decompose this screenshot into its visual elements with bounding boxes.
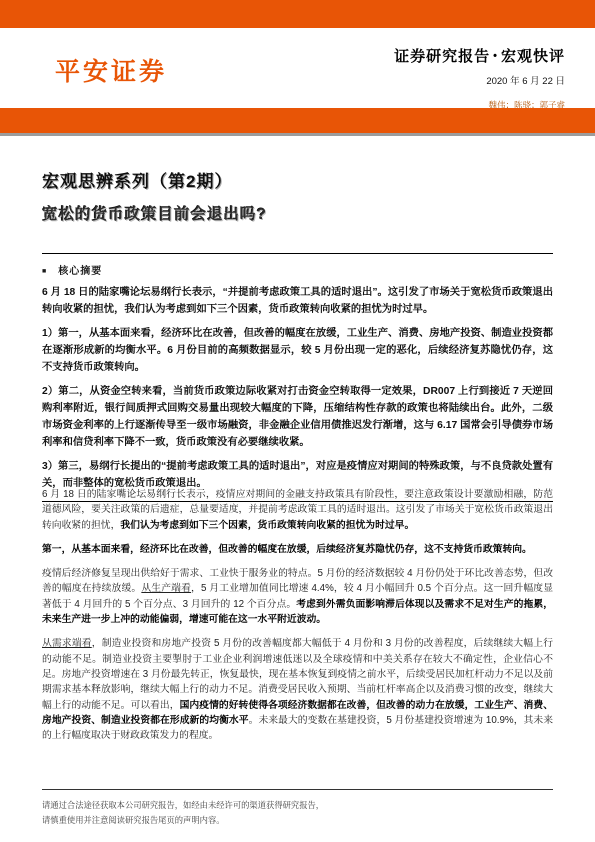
dot-separator-icon: •	[490, 50, 501, 62]
body-paragraph-intro: 6 月 18 日的陆家嘴论坛易纲行长表示，疫情应对期间的金融支持政策具有阶段性，…	[42, 487, 553, 533]
report-header: 证券研究报告•宏观快评 2020 年 6 月 22 日 魏伟；陈骁；郭子睿	[394, 45, 565, 111]
series-title: 宏观思辨系列（第2期）	[42, 167, 553, 192]
report-type-line: 证券研究报告•宏观快评	[394, 45, 565, 66]
square-bullet-icon: ■	[42, 268, 47, 275]
body-subheading-first: 第一，从基本面来看，经济环比在改善，但改善的幅度在放缓，后续经济复苏隐忧仍存，这…	[42, 542, 553, 557]
footer-line-1: 请通过合法途径获取本公司研究报告，如经由未经许可的渠道获得研究报告，	[42, 798, 553, 813]
body-paragraph-production: 疫情后经济修复呈现出供给好于需求、工业快于服务业的特点。5 月份的经济数据较 4…	[42, 566, 553, 627]
body-underline-run: 从需求端看	[42, 638, 92, 649]
report-page: 平安证券 证券研究报告•宏观快评 2020 年 6 月 22 日 魏伟；陈骁；郭…	[0, 0, 595, 842]
report-body: 6 月 18 日的陆家嘴论坛易纲行长表示，疫情应对期间的金融支持政策具有阶段性，…	[42, 487, 553, 752]
body-bold-run: 我们认为考虑到如下三个因素，货币政策转向收紧的担忧为时过早。	[120, 520, 414, 531]
footer-line-2: 请慎重使用并注意阅读研究报告尾页的声明内容。	[42, 813, 553, 828]
summary-heading-label: 核心摘要	[58, 266, 102, 277]
top-accent-bar	[0, 0, 595, 28]
core-summary-box: ■核心摘要 6 月 18 日的陆家嘴论坛易纲行长表示，“并提前考虑政策工具的适时…	[42, 253, 553, 502]
body-paragraph-demand: 从需求端看，制造业投资和房地产投资 5 月份的改善幅度都大幅低于 4 月份和 3…	[42, 636, 553, 743]
summary-point-2: 2）第二，从资金空转来看，当前货币政策边际收紧对打击资金空转取得一定效果，DR0…	[42, 383, 553, 451]
page-title: 宽松的货币政策目前会退出吗?	[42, 202, 553, 224]
header-divider-bar	[0, 108, 595, 136]
report-date: 2020 年 6 月 22 日	[394, 73, 565, 87]
pingan-logo: 平安证券	[55, 52, 167, 88]
summary-lead: 6 月 18 日的陆家嘴论坛易纲行长表示，“并提前考虑政策工具的适时退出”。这引…	[42, 284, 553, 318]
report-category-label: 宏观快评	[501, 48, 565, 65]
title-block: 宏观思辨系列（第2期） 宽松的货币政策目前会退出吗?	[42, 167, 553, 224]
summary-point-1: 1）第一，从基本面来看，经济环比在改善，但改善的幅度在放缓，工业生产、消费、房地…	[42, 325, 553, 376]
report-type-label: 证券研究报告	[394, 48, 490, 65]
summary-heading: ■核心摘要	[42, 262, 553, 277]
body-underline-run: 从生产端看	[141, 583, 191, 594]
page-footer: 请通过合法途径获取本公司研究报告，如经由未经许可的渠道获得研究报告， 请慎重使用…	[42, 789, 553, 828]
